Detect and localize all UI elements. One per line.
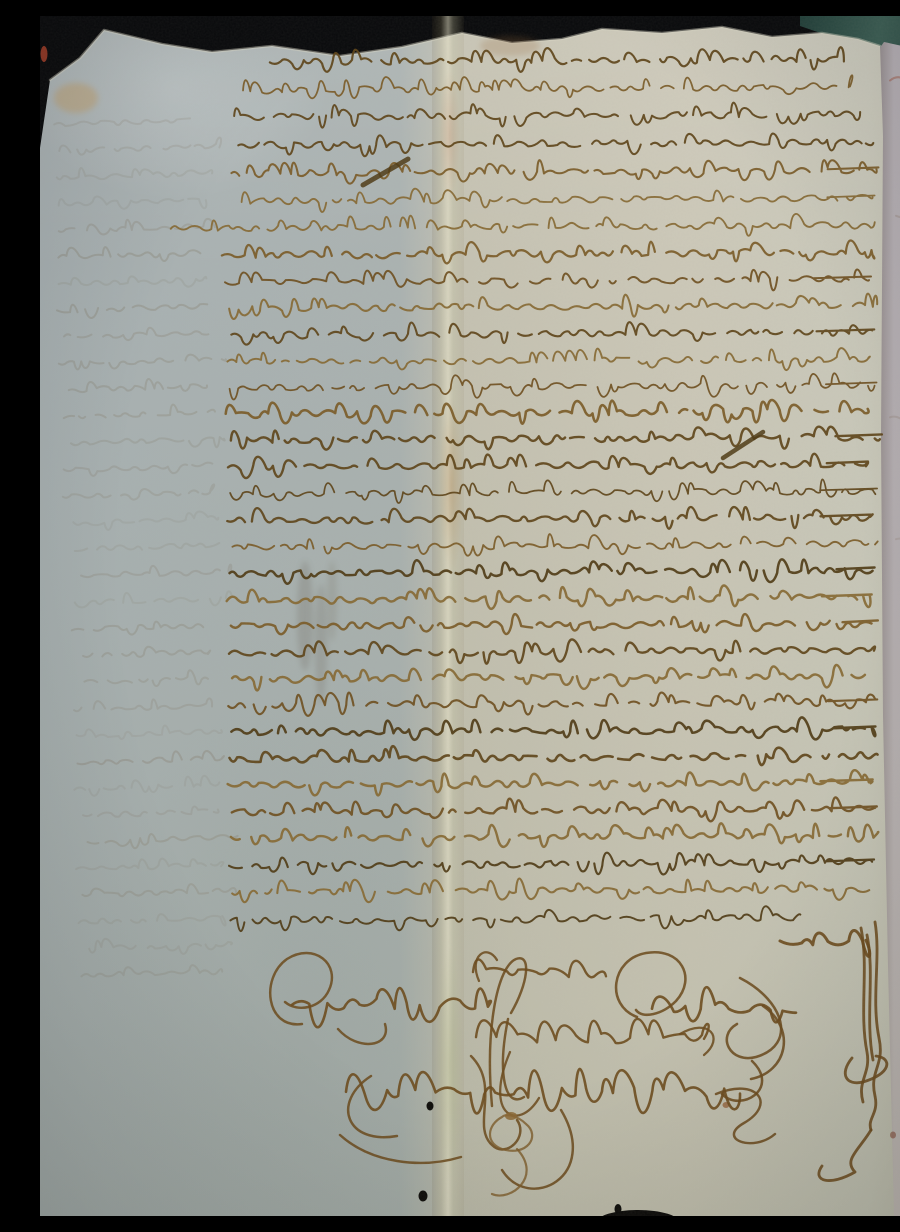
manuscript-sheet [40,16,900,1216]
photo-caption: Photograph of an early-modern (16th-17th… [40,16,41,17]
stain [41,46,48,62]
manuscript-photo: Photograph of an early-modern (16th-17th… [40,16,900,1216]
